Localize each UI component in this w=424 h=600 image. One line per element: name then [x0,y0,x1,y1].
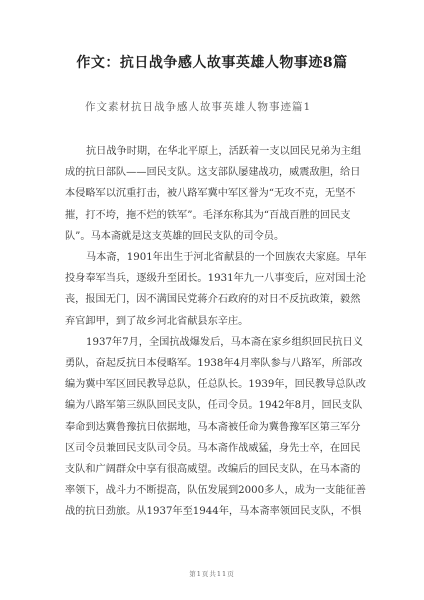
text-line: 支队和广阔群众中享有很高威望。改编后的回民支队，在马本斋的 [65,459,321,480]
text-line: 1937年7月，全国抗战爆发后，马本斋在家乡组织回民抗日义 [65,332,321,353]
text-line: 抗日战争时期，在华北平原上，活跃着一支以回民兄弟为主组 [65,141,321,162]
text-line: 编为冀中军区回民教导总队，任总队长。1939年，回民教导总队改 [65,374,321,395]
page-number-footer: 第1页共11页 [0,569,424,578]
text-line: 编为八路军第三纵队回民支队，任司令员。1942年8月，回民支队 [65,395,321,416]
text-line: 投身奉军当兵，逐级升至团长。1931年九一八事变后，应对国土沦 [65,268,321,289]
text-line: 弃官卸甲，到了故乡河北省献县东辛庄。 [65,311,321,332]
text-line: 区司令员兼回民支队司令员。马本斋作战威猛，身先士卒，在回民 [65,438,321,459]
text-line: 队”。马本斋就是这支英雄的回民支队的司令员。 [65,226,321,247]
text-line: 本侵略军以沉重打击，被八路军冀中军区誉为“无攻不克，无坚不 [65,183,321,204]
paragraph-1: 抗日战争时期，在华北平原上，活跃着一支以回民兄弟为主组 成的抗日部队——回民支队… [65,141,321,247]
text-line: 勇队，奋起反抗日本侵略军。1938年4月率队参与八路军，所部改 [65,353,321,374]
paragraph-3: 1937年7月，全国抗战爆发后，马本斋在家乡组织回民抗日义 勇队，奋起反抗日本侵… [65,332,321,523]
document-subtitle: 作文素材抗日战争感人故事英雄人物事迹篇1 [85,99,311,114]
document-body: 抗日战争时期，在华北平原上，活跃着一支以回民兄弟为主组 成的抗日部队——回民支队… [65,141,321,523]
text-line: 奉命到达冀鲁豫抗日依据地，马本斋被任命为冀鲁豫军区第三军分 [65,417,321,438]
text-line: 马本斋，1901年出生于河北省献县的一个回族农夫家庭。早年 [65,247,321,268]
document-title: 作文：抗日战争感人故事英雄人物事迹8篇 [0,52,424,72]
text-line: 丧，报国无门，因不满国民党蒋介石政府的对日不反抗政策，毅然 [65,289,321,310]
paragraph-2: 马本斋，1901年出生于河北省献县的一个回族农夫家庭。早年 投身奉军当兵，逐级升… [65,247,321,332]
text-line: 率领下，战斗力不断提高，队伍发展到2000多人，成为一支能征善 [65,480,321,501]
text-line: 摧，打不垮，拖不烂的铁军”。毛泽东称其为“百战百胜的回民支 [65,205,321,226]
text-line: 成的抗日部队——回民支队。这支部队屡建战功，威震敌胆，给日 [65,162,321,183]
text-line: 战的抗日劲旅。从1937年至1944年，马本斋率领回民支队，不惧 [65,501,321,522]
